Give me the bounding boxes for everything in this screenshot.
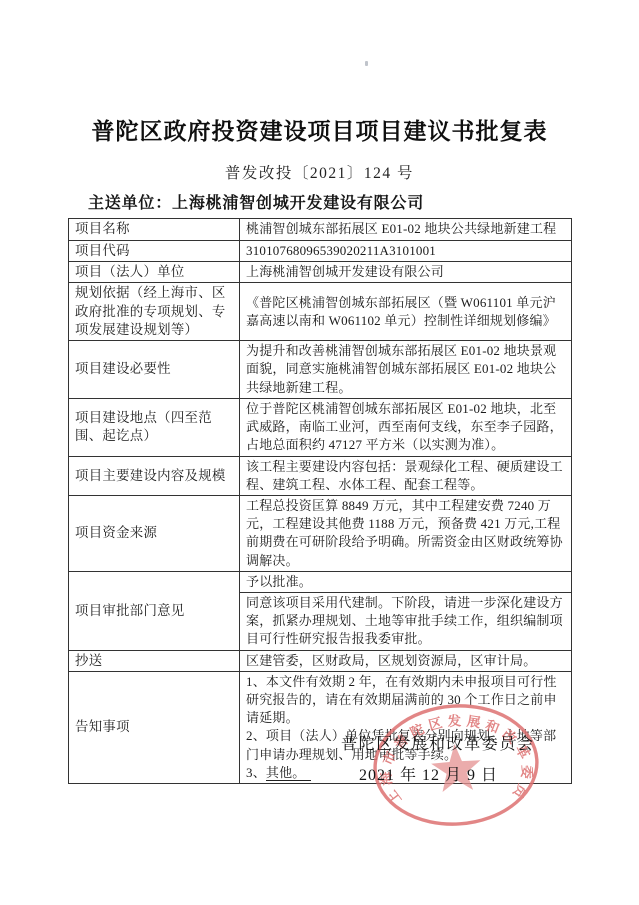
recipient-label: 主送单位：	[88, 195, 172, 212]
row-value: 为提升和改善桃浦智创城东部拓展区 E01-02 地块景观面貌，同意实施桃浦智创城…	[240, 341, 572, 399]
document-number: 普发改投〔2021〕124 号	[0, 161, 639, 183]
row-label: 项目审批部门意见	[69, 571, 240, 650]
row-label: 项目资金来源	[69, 496, 240, 572]
row-label: 项目建设必要性	[69, 341, 240, 399]
row-value: 《普陀区桃浦智创城东部拓展区（暨 W061101 单元沪嘉高速以南和 W0611…	[240, 283, 572, 341]
issuer-name: 普陀区发展和改革委员会	[341, 731, 535, 754]
table-row: 项目（法人）单位上海桃浦智创城开发建设有限公司	[69, 262, 572, 283]
row-value: 予以批准。同意该项目采用代建制。下阶段，请进一步深化建设方案，抓紧办理规划、土地…	[240, 571, 572, 650]
row-value: 该工程主要建设内容包括：景观绿化工程、硬质建设工程、建筑工程、水体工程、配套工程…	[240, 456, 572, 495]
document-page: 普陀区政府投资建设项目项目建议书批复表 普发改投〔2021〕124 号 主送单位…	[0, 0, 639, 905]
table-row: 项目建设地点（四至范围、起讫点）位于普陀区桃浦智创城东部拓展区 E01-02 地…	[69, 399, 572, 457]
row-label: 项目建设地点（四至范围、起讫点）	[69, 399, 240, 457]
table-row: 规划依据（经上海市、区政府批准的专项规划、专项发展建设规划等）《普陀区桃浦智创城…	[69, 283, 572, 341]
row-label: 规划依据（经上海市、区政府批准的专项规划、专项发展建设规划等）	[69, 283, 240, 341]
row-value: 桃浦智创城东部拓展区 E01-02 地块公共绿地新建工程	[240, 219, 572, 241]
scan-ink-speck	[365, 61, 368, 66]
underlined-text: 其他。	[266, 765, 311, 781]
table-row: 项目审批部门意见予以批准。同意该项目采用代建制。下阶段，请进一步深化建设方案，抓…	[69, 571, 572, 650]
table-row: 项目建设必要性为提升和改善桃浦智创城东部拓展区 E01-02 地块景观面貌，同意…	[69, 341, 572, 399]
recipient-name: 上海桃浦智创城开发建设有限公司	[172, 195, 424, 212]
row-label: 抄送	[69, 650, 240, 671]
row-value: 31010768096539020211A3101001	[240, 241, 572, 262]
table-row: 项目名称桃浦智创城东部拓展区 E01-02 地块公共绿地新建工程	[69, 219, 572, 241]
row-value: 上海桃浦智创城开发建设有限公司	[240, 262, 572, 283]
row-label: 项目（法人）单位	[69, 262, 240, 283]
table-row: 抄送区建管委，区财政局，区规划资源局，区审计局。	[69, 650, 572, 671]
row-value-subcell: 予以批准。	[240, 572, 571, 592]
issue-date: 2021 年 12 月 9 日	[359, 762, 498, 785]
recipient-line: 主送单位：上海桃浦智创城开发建设有限公司	[88, 190, 424, 213]
row-value-subcell: 同意该项目采用代建制。下阶段，请进一步深化建设方案，抓紧办理规划、土地等审批手续…	[240, 592, 571, 650]
row-label: 告知事项	[69, 671, 240, 783]
row-label: 项目主要建设内容及规模	[69, 456, 240, 495]
row-value: 位于普陀区桃浦智创城东部拓展区 E01-02 地块，北至武威路，南临工业河，西至…	[240, 399, 572, 457]
row-label: 项目名称	[69, 219, 240, 241]
table-row: 项目主要建设内容及规模该工程主要建设内容包括：景观绿化工程、硬质建设工程、建筑工…	[69, 456, 572, 495]
row-value: 区建管委，区财政局，区规划资源局，区审计局。	[240, 650, 572, 671]
row-value: 工程总投资匡算 8849 万元，其中工程建安费 7240 万元，工程建设其他费 …	[240, 496, 572, 572]
row-label: 项目代码	[69, 241, 240, 262]
document-title: 普陀区政府投资建设项目项目建议书批复表	[0, 113, 639, 146]
table-row: 项目代码31010768096539020211A3101001	[69, 241, 572, 262]
table-row: 项目资金来源工程总投资匡算 8849 万元，其中工程建安费 7240 万元，工程…	[69, 496, 572, 572]
